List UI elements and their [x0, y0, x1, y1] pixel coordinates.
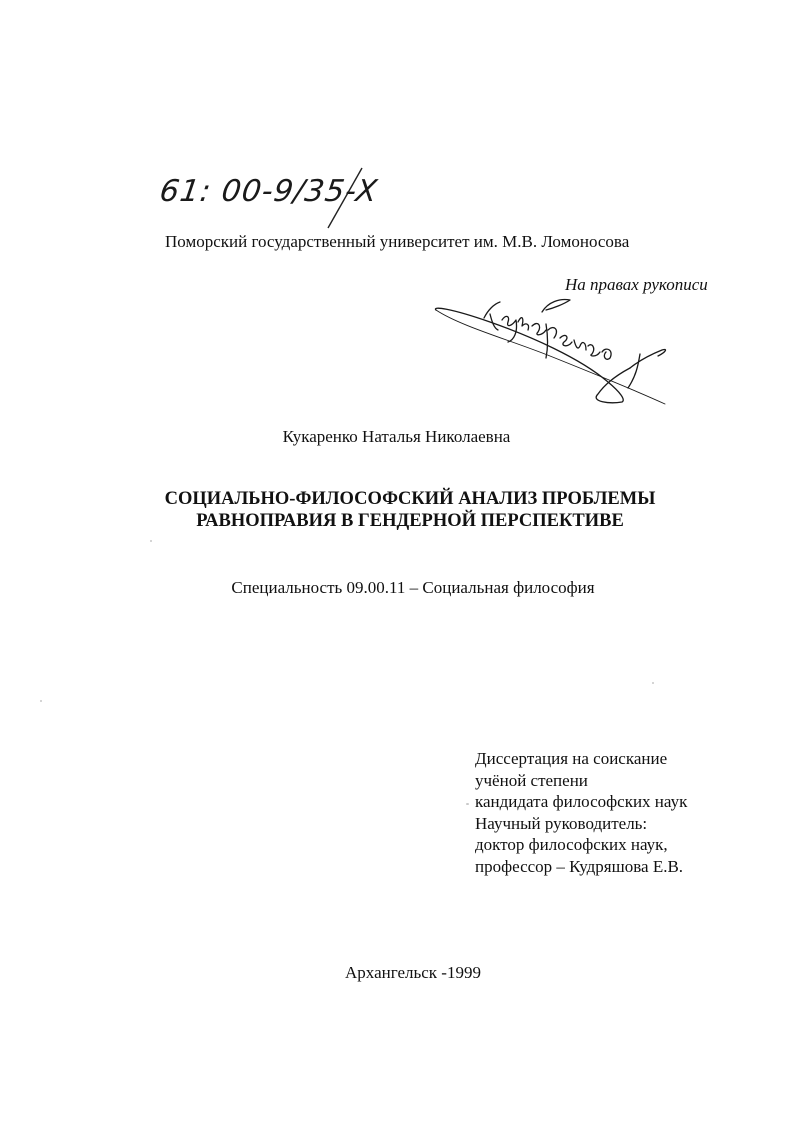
university-name: Поморский государственный университет им…	[165, 232, 629, 252]
signature	[430, 296, 675, 411]
info-line-4: Научный руководитель:	[475, 813, 687, 835]
rights-notice: На правах рукописи	[565, 275, 708, 295]
info-line-5: доктор философских наук,	[475, 834, 687, 856]
info-line-1: Диссертация на соискание	[475, 748, 687, 770]
specialty: Специальность 09.00.11 – Социальная фило…	[0, 578, 793, 598]
scan-speck	[466, 803, 469, 805]
scan-speck	[150, 540, 152, 542]
dissertation-info-block: Диссертация на соискание учёной степени …	[475, 748, 687, 877]
info-line-2: учёной степени	[475, 770, 687, 792]
dissertation-title: СОЦИАЛЬНО-ФИЛОСОФСКИЙ АНАЛИЗ ПРОБЛЕМЫ РА…	[0, 488, 793, 532]
document-page: { "document": { "catalog_number": "61: 0…	[0, 0, 793, 1122]
catalog-slash-stroke	[160, 166, 430, 236]
scan-speck	[652, 682, 654, 684]
info-line-3: кандидата философских наук	[475, 791, 687, 813]
author-name: Кукаренко Наталья Николаевна	[0, 427, 793, 447]
title-line-1: СОЦИАЛЬНО-ФИЛОСОФСКИЙ АНАЛИЗ ПРОБЛЕМЫ	[0, 488, 793, 510]
signature-icon	[430, 296, 675, 411]
info-line-6: профессор – Кудряшова Е.В.	[475, 856, 687, 878]
scan-speck	[40, 700, 42, 702]
city-year: Архангельск -1999	[0, 963, 793, 983]
handwritten-catalog-number: 61: 00-9/35-X	[160, 166, 430, 236]
title-line-2: РАВНОПРАВИЯ В ГЕНДЕРНОЙ ПЕРСПЕКТИВЕ	[0, 510, 793, 532]
